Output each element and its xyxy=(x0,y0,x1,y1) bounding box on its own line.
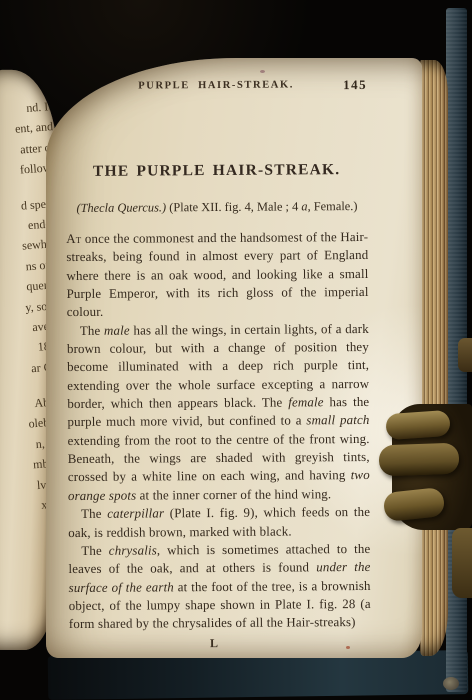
text-run: at the inner corner of the hind wing. xyxy=(136,486,331,502)
italic-text: (Thecla Quercus.) xyxy=(76,200,166,215)
chapter-title: THE PURPLE HAIR-STREAK. xyxy=(66,161,368,181)
page-content: PURPLE HAIR-STREAK. 145 THE PURPLE HAIR-… xyxy=(65,57,371,659)
italic-text: chrysalis xyxy=(109,542,157,557)
carved-wood-object xyxy=(378,443,459,477)
text-run: The xyxy=(81,543,109,558)
text-run: extending from the root to the centre of… xyxy=(68,431,370,485)
paragraph: The male has all the wings, in certain l… xyxy=(67,320,370,506)
italic-text: caterpillar xyxy=(107,506,164,521)
book-page: PURPLE HAIR-STREAK. 145 THE PURPLE HAIR-… xyxy=(46,58,422,658)
paragraph: The caterpillar (Plate I. fig. 9), which… xyxy=(68,503,370,542)
carved-wood-object xyxy=(385,410,451,440)
italic-text: male xyxy=(104,322,130,337)
page-edges xyxy=(420,60,448,656)
italic-text: small patch xyxy=(306,412,369,427)
carved-wood-object xyxy=(458,338,472,372)
running-head-title: PURPLE HAIR-STREAK. xyxy=(65,79,367,92)
paragraph: The chrysalis, which is sometimes attach… xyxy=(68,540,371,634)
text-run: , Female.) xyxy=(308,199,358,213)
italic-text: female xyxy=(288,394,323,409)
signature-mark: L xyxy=(63,635,365,652)
body-text: At once the commonest and the handsomest… xyxy=(66,228,371,634)
page-number: 145 xyxy=(343,77,367,93)
paragraph: At once the commonest and the handsomest… xyxy=(66,228,369,322)
carved-wood-object xyxy=(452,528,472,598)
book-photo: nd. Itent, andatter offollowsd speci-end… xyxy=(0,0,472,700)
species-caption: (Thecla Quercus.) (Plate XII. fig. 4, Ma… xyxy=(66,199,368,216)
text-run: The xyxy=(80,323,104,338)
text-run: The xyxy=(81,506,107,521)
running-head: PURPLE HAIR-STREAK. 145 xyxy=(65,79,367,92)
book-cover-corner xyxy=(443,677,459,690)
text-run: once the commonest and the handsomest of… xyxy=(66,229,368,319)
text-run: (Plate XII. fig. 4, Male ; 4 xyxy=(166,199,301,214)
text-run: A xyxy=(66,231,76,246)
